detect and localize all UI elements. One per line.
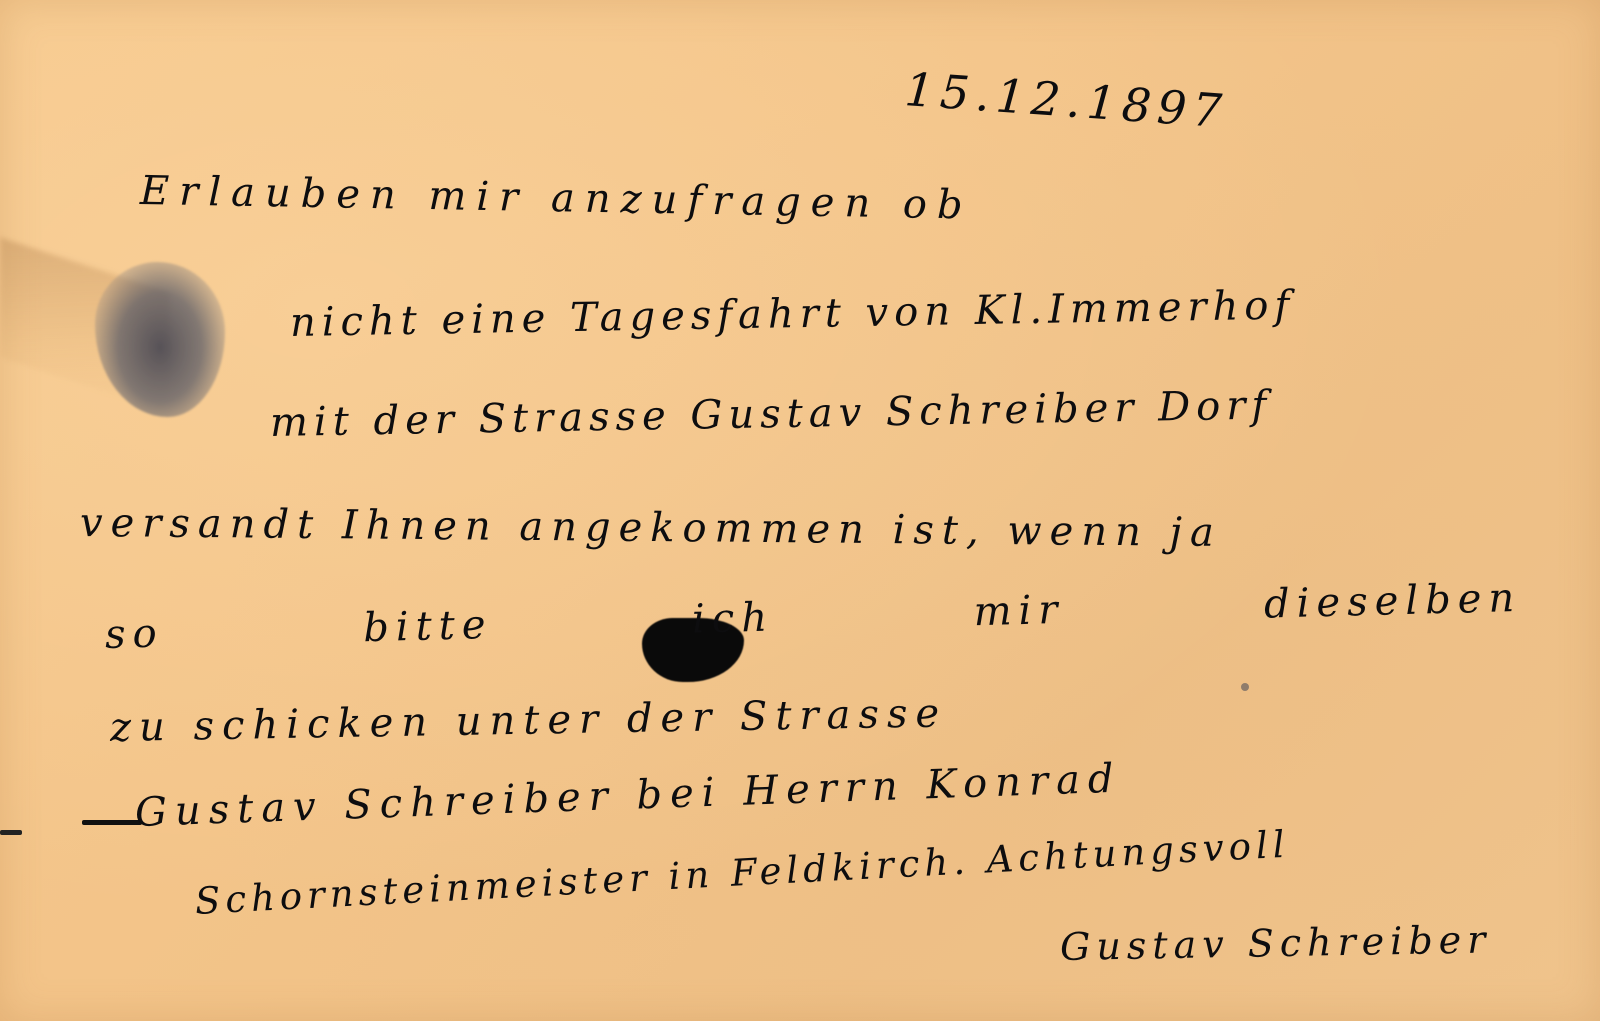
letter-line-1: Erlauben mir anzufragen ob	[140, 168, 973, 229]
ink-speck	[1241, 683, 1249, 691]
letter-line-7: Gustav Schreiber bei Herrn Konrad	[134, 756, 1122, 836]
ink-edge-mark	[0, 830, 22, 835]
letter-date: 15.12.1897	[903, 62, 1229, 138]
signature: Gustav Schreiber	[1060, 917, 1492, 969]
letter-line-2: nicht eine Tagesfahrt von Kl.Immerhof	[290, 282, 1296, 346]
letter-line-6: zu schicken unter der Strasse	[110, 690, 948, 751]
letter-line-4: versandt Ihnen angekommen ist, wenn ja	[80, 500, 1222, 556]
ink-dash-mark	[82, 820, 142, 825]
letter-line-5: so bitte ich mir dieselben sicher	[104, 565, 1600, 658]
letter-line-8: Schornsteinmeister in Feldkirch. Achtung…	[194, 823, 1291, 923]
letter-line-3: mit der Strasse Gustav Schreiber Dorf	[270, 383, 1273, 446]
